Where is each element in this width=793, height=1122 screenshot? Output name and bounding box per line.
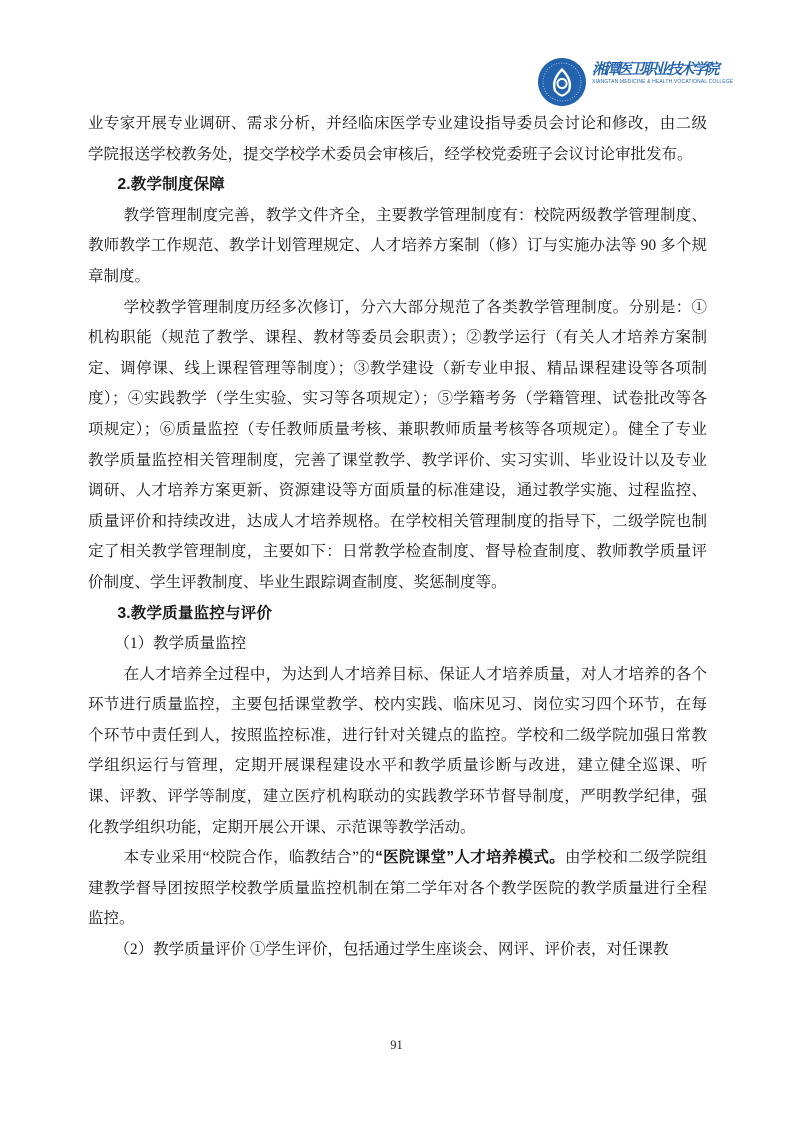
college-name-en: XIANGTAN MEDICINE & HEALTH VOCATIONAL CO…	[592, 79, 733, 86]
page-footer: 91	[0, 1038, 793, 1053]
body-paragraph: 学校教学管理制度历经多次修订，分六大部分规范了各类教学管理制度。分别是：①机构职…	[88, 293, 707, 599]
college-name-zh: 湘潭医卫职业技术学院	[592, 60, 733, 79]
section-heading: 3.教学质量监控与评价	[88, 599, 707, 630]
body-paragraph: 教学管理制度完善，教学文件齐全，主要教学管理制度有：校院两级教学管理制度、教师教…	[88, 201, 707, 293]
text-run: 本专业采用“校院合作，临教结合”的	[124, 849, 375, 866]
page-header: 湘潭医卫职业技术学院 XIANGTAN MEDICINE & HEALTH VO…	[537, 57, 733, 107]
body-paragraph: 在人才培养全过程中，为达到人才培养目标、保证人才培养质量，对人才培养的各个环节进…	[88, 660, 707, 844]
sub-heading: （1）教学质量监控	[88, 629, 707, 660]
sub-heading: （2）教学质量评价 ①学生评价，包括通过学生座谈会、网评、评价表，对任课教	[88, 935, 707, 966]
section-heading: 2.教学制度保障	[88, 170, 707, 201]
document-page: 湘潭医卫职业技术学院 XIANGTAN MEDICINE & HEALTH VO…	[0, 0, 793, 1122]
document-body: 业专家开展专业调研、需求分析，并经临床医学专业建设指导委员会讨论和修改，由二级学…	[88, 109, 707, 966]
page-number: 91	[390, 1038, 403, 1052]
bold-emphasis: “医院课堂”人才培养模式。	[375, 849, 565, 866]
body-paragraph: 本专业采用“校院合作，临教结合”的“医院课堂”人才培养模式。由学校和二级学院组建…	[88, 843, 707, 935]
college-name-block: 湘潭医卫职业技术学院 XIANGTAN MEDICINE & HEALTH VO…	[592, 57, 733, 86]
college-logo: 湘潭医卫职业技术学院 XIANGTAN MEDICINE & HEALTH VO…	[537, 57, 733, 107]
college-seal-icon	[537, 57, 587, 107]
body-paragraph: 业专家开展专业调研、需求分析，并经临床医学专业建设指导委员会讨论和修改，由二级学…	[88, 109, 707, 170]
